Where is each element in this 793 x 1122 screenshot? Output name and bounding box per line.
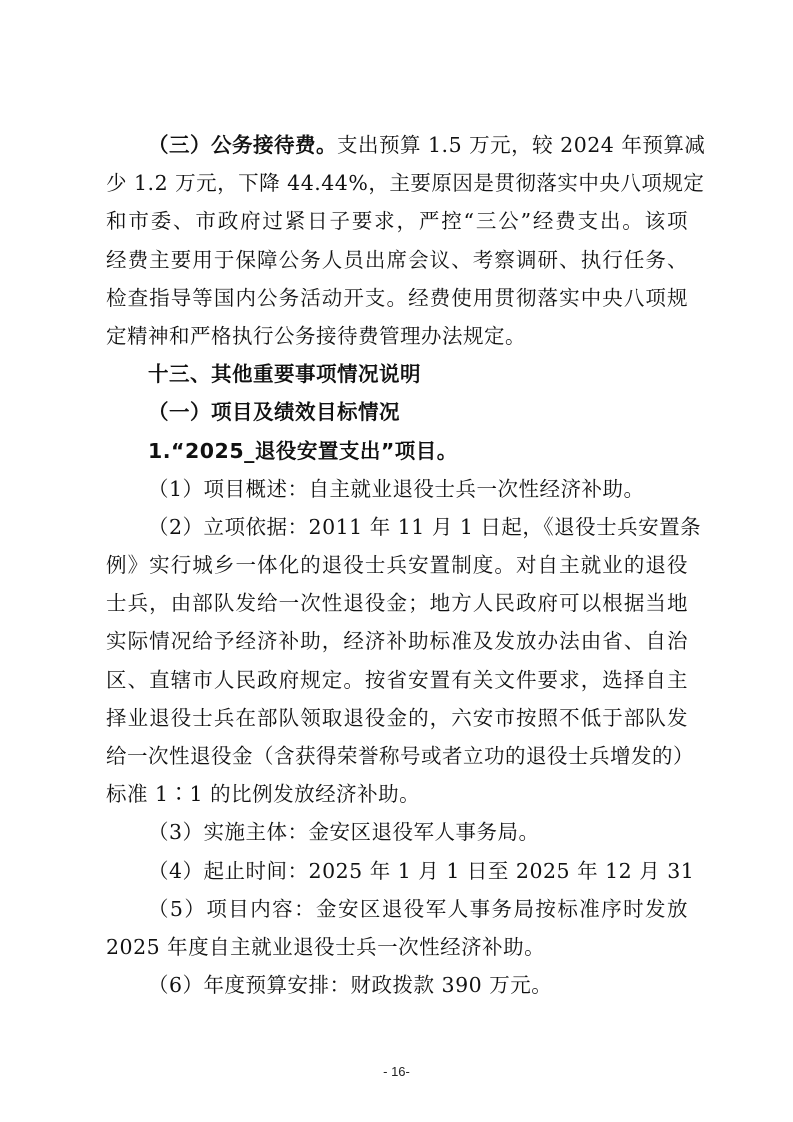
text-line: 经费主要用于保障公务人员出席会议、考察调研、执行任务、 [106, 241, 688, 279]
text-span: 支出预算 1.5 万元，较 2024 年预算减 [337, 133, 705, 157]
item-content: （5）项目内容：金安区退役军人事务局按标准序时发放 2025 年度自主就业退役士… [106, 890, 688, 966]
text-line: 检查指导等国内公务活动开支。经费使用贯彻落实中央八项规 [106, 279, 688, 317]
text-line: 给一次性退役金（含获得荣誉称号或者立功的退役士兵增发的） [106, 737, 688, 775]
section-heading-hospitality: （三）公务接待费。 [148, 133, 337, 157]
text-line: （5）项目内容：金安区退役军人事务局按标准序时发放 [106, 890, 688, 928]
item-basis: （2）立项依据：2011 年 11 月 1 日起，《退役士兵安置条 例》实行城乡… [106, 508, 688, 814]
text-line: （2）立项依据：2011 年 11 月 1 日起，《退役士兵安置条 [106, 508, 688, 546]
text-line: 和市委、市政府过紧日子要求，严控“三公”经费支出。该项 [106, 202, 688, 240]
item-overview: （1）项目概述：自主就业退役士兵一次性经济补助。 [106, 470, 688, 508]
text-line: 士兵，由部队发给一次性退役金；地方人民政府可以根据当地 [106, 584, 688, 622]
item-budget: （6）年度预算安排：财政拨款 390 万元。 [106, 966, 688, 1004]
text-line: 2025 年度自主就业退役士兵一次性经济补助。 [106, 928, 688, 966]
text-line: 少 1.2 万元，下降 44.44%，主要原因是贯彻落实中央八项规定 [106, 164, 688, 202]
text-line: 区、直辖市人民政府规定。按省安置有关文件要求，选择自主 [106, 661, 688, 699]
text-line: 标准 1∶1 的比例发放经济补助。 [106, 775, 688, 813]
text-line: （三）公务接待费。支出预算 1.5 万元，较 2024 年预算减 [106, 126, 688, 164]
text-line: 实际情况给予经济补助，经济补助标准及发放办法由省、自治 [106, 622, 688, 660]
text-line: 定精神和严格执行公务接待费管理办法规定。 [106, 317, 688, 355]
text-line: 择业退役士兵在部队领取退役金的，六安市按照不低于部队发 [106, 699, 688, 737]
document-page: （三）公务接待费。支出预算 1.5 万元，较 2024 年预算减 少 1.2 万… [106, 126, 688, 1004]
text-line: 例》实行城乡一体化的退役士兵安置制度。对自主就业的退役 [106, 546, 688, 584]
item-implementer: （3）实施主体：金安区退役军人事务局。 [106, 813, 688, 851]
project-heading: 1.“2025_退役安置支出”项目。 [106, 432, 688, 470]
section-hospitality-expense: （三）公务接待费。支出预算 1.5 万元，较 2024 年预算减 少 1.2 万… [106, 126, 688, 355]
chapter-heading: 十三、其他重要事项情况说明 [106, 355, 688, 393]
item-period: （4）起止时间：2025 年 1 月 1 日至 2025 年 12 月 31 [106, 852, 688, 890]
page-number: - 16- [0, 1064, 793, 1079]
subsection-heading: （一）项目及绩效目标情况 [106, 393, 688, 431]
